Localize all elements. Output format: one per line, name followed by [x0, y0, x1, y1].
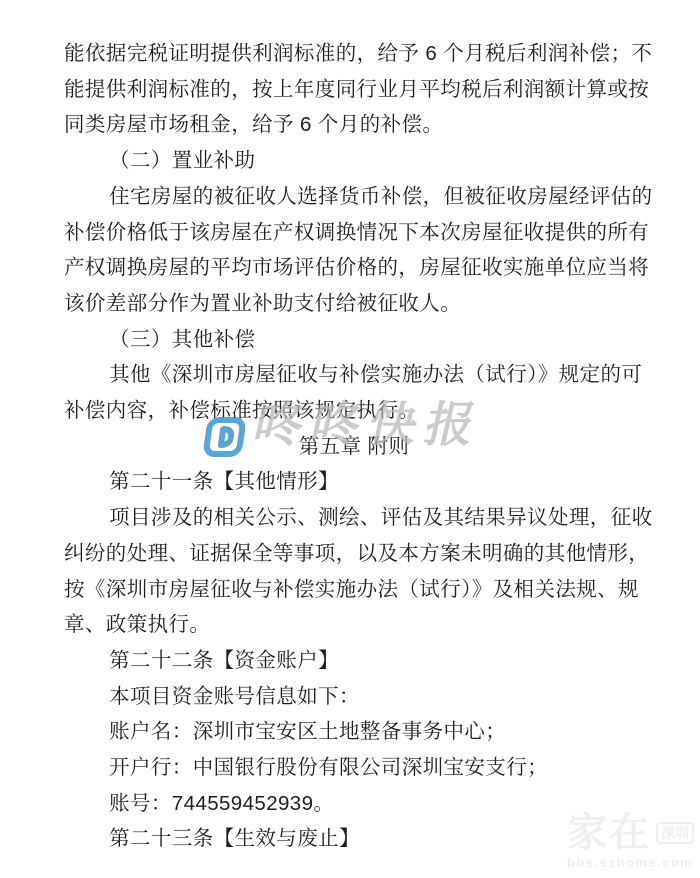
- document-line: 账户名：深圳市宝安区土地整备事务中心；: [64, 714, 644, 750]
- document-line: 补偿价格低于该房屋在产权调换情况下本次房屋征收提供的所有: [64, 215, 644, 251]
- document-line: 能提供利润标准的，按上年度同行业月平均税后利润额计算或按: [64, 72, 644, 108]
- chapter-heading: 第五章 附则: [64, 429, 644, 465]
- document-line: 第二十一条【其他情形】: [64, 464, 644, 500]
- document-page: 能依据完税证明提供利润标准的，给予 6 个月税后利润补偿；不能提供利润标准的，按…: [0, 0, 700, 878]
- document-line: 本项目资金账号信息如下：: [64, 679, 644, 715]
- document-line: （二）置业补助: [64, 143, 644, 179]
- document-line: 住宅房屋的被征收人选择货币补偿，但被征收房屋经评估的: [64, 179, 644, 215]
- document-line: 纠纷的处理、证据保全等事项，以及本方案未明确的其他情形，: [64, 536, 644, 572]
- document-body: 能依据完税证明提供利润标准的，给予 6 个月税后利润补偿；不能提供利润标准的，按…: [64, 36, 644, 857]
- document-line: 开户行：中国银行股份有限公司深圳宝安支行；: [64, 750, 644, 786]
- document-line: 章、政策执行。: [64, 607, 644, 643]
- document-line: 该价差部分作为置业补助支付给被征收人。: [64, 286, 644, 322]
- document-line: 补偿内容，补偿标准按照该规定执行。: [64, 393, 644, 429]
- document-line: 同类房屋市场租金，给予 6 个月的补偿。: [64, 107, 644, 143]
- document-line: 项目涉及的相关公示、测绘、评估及其结果异议处理，征收: [64, 500, 644, 536]
- szhome-watermark-badge: 深圳: [656, 822, 694, 844]
- document-line: 第二十三条【生效与废止】: [64, 821, 644, 857]
- document-line: 第二十二条【资金账户】: [64, 643, 644, 679]
- document-line: 能依据完税证明提供利润标准的，给予 6 个月税后利润补偿；不: [64, 36, 644, 72]
- document-line: 其他《深圳市房屋征收与补偿实施办法（试行）》规定的可: [64, 357, 644, 393]
- szhome-watermark-url: bbs.szhome.com: [567, 855, 694, 870]
- document-line: 产权调换房屋的平均市场评估价格的，房屋征收实施单位应当将: [64, 250, 644, 286]
- document-line: （三）其他补偿: [64, 322, 644, 358]
- document-line: 账号：744559452939。: [64, 786, 644, 822]
- document-line: 按《深圳市房屋征收与补偿实施办法（试行）》及相关法规、规: [64, 572, 644, 608]
